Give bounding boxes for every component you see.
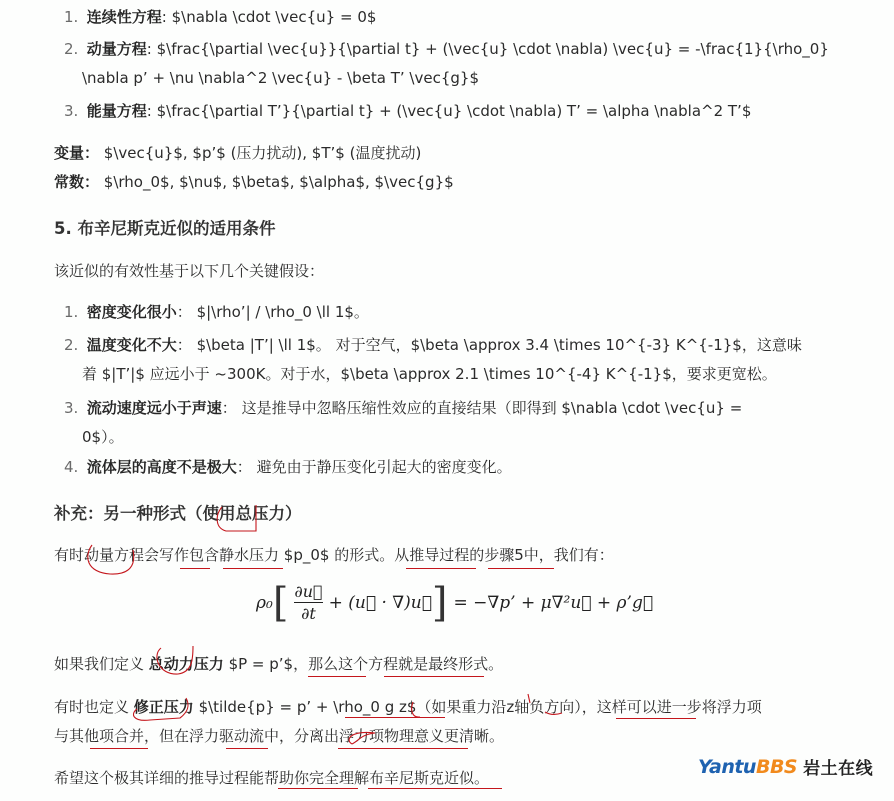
annotation-curves <box>0 0 894 801</box>
yantubbs-watermark-logo: Yantu BBS 岩土在线 <box>698 754 873 779</box>
logo-chinese: 岩土在线 <box>803 754 873 779</box>
document: 1. 连续性方程: $\nabla \cdot \vec{u} = 0$ 2. … <box>0 0 894 801</box>
logo-yantu: Yantu <box>698 756 756 778</box>
logo-bbs: BBS <box>756 756 797 778</box>
